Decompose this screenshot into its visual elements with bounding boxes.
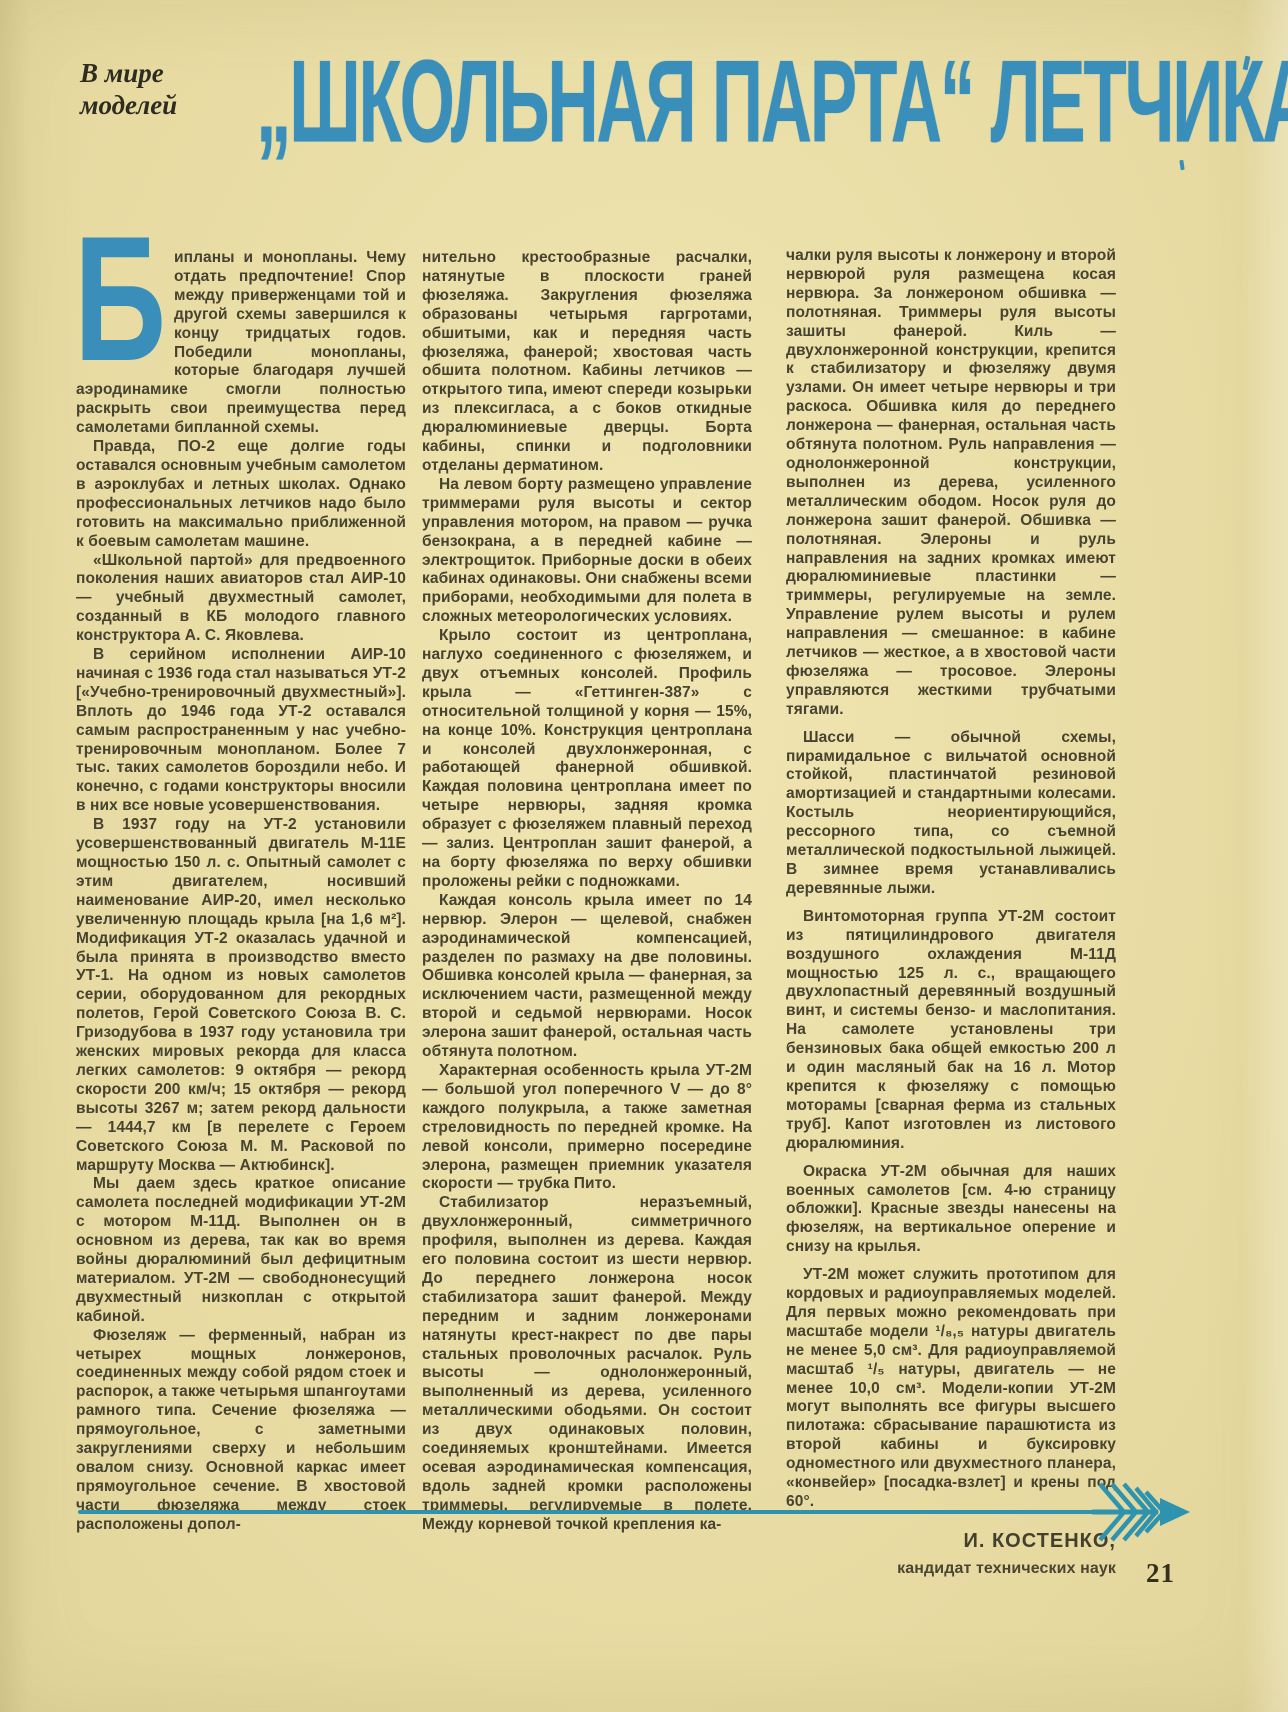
author-name: И. КОСТЕНКО, — [786, 1532, 1116, 1551]
body-paragraph: Каждая консоль крыла имеет по 14 нервюр.… — [422, 892, 752, 1062]
body-paragraph: чалки руля высоты к лонжерону и второй н… — [786, 247, 1116, 720]
body-paragraph: Шасси — обычной схемы, пирамидальное с в… — [786, 729, 1116, 899]
magazine-page: В мире моделей „ШКОЛЬНАЯ ПАРТА“ ЛЕТЧИКА … — [0, 0, 1288, 1712]
body-paragraph: нительно крестообразные расчалки, натяну… — [422, 249, 752, 476]
text-column-1: Бипланы и монопланы. Чему отдать предпоч… — [76, 249, 406, 1535]
section-kicker: В мире моделей — [80, 58, 230, 121]
body-paragraph: В 1937 году на УТ-2 установили усовершен… — [76, 816, 406, 1175]
body-paragraph: Правда, ПО-2 еще долгие годы оставался о… — [76, 438, 406, 551]
drop-cap-letter: Б — [74, 233, 136, 360]
author-title: кандидат технических наук — [786, 1560, 1116, 1579]
body-paragraph: Стабилизатор неразъемный, двухлонжеронны… — [422, 1194, 752, 1534]
body-paragraph: На левом борту размещено управление трим… — [422, 476, 752, 627]
body-paragraph: Бипланы и монопланы. Чему отдать предпоч… — [76, 249, 406, 438]
feathered-arrow-icon — [1092, 1480, 1196, 1544]
body-paragraph: Характерная особенность крыла УТ-2М — бо… — [422, 1062, 752, 1194]
body-paragraph: В серийном исполнении АИР-10 начиная с 1… — [76, 646, 406, 816]
body-paragraph: УТ-2М может служить прототипом для кордо… — [786, 1266, 1116, 1512]
article-title: „ШКОЛЬНАЯ ПАРТА“ ЛЕТЧИКА — [256, 44, 1288, 161]
body-paragraph: «Школьной партой» для предвоенного покол… — [76, 552, 406, 647]
text-column-2: нительно крестообразные расчалки, натяну… — [422, 249, 752, 1535]
page-number: 21 — [1146, 1558, 1206, 1589]
body-paragraph: Винтомоторная группа УТ-2М состоит из пя… — [786, 908, 1116, 1154]
body-paragraph: Фюзеляж — ферменный, набран из четырех м… — [76, 1327, 406, 1535]
author-signature: И. КОСТЕНКО,кандидат технических наук — [786, 1532, 1116, 1579]
text-column-3: чалки руля высоты к лонжерону и второй н… — [786, 247, 1116, 1579]
footer-rule — [78, 1510, 1110, 1514]
body-paragraph: Крыло состоит из центроплана, наглухо со… — [422, 627, 752, 892]
body-paragraph: Мы даем здесь краткое описание самолета … — [76, 1175, 406, 1326]
body-paragraph: Окраска УТ-2М обычная для наших военных … — [786, 1163, 1116, 1258]
